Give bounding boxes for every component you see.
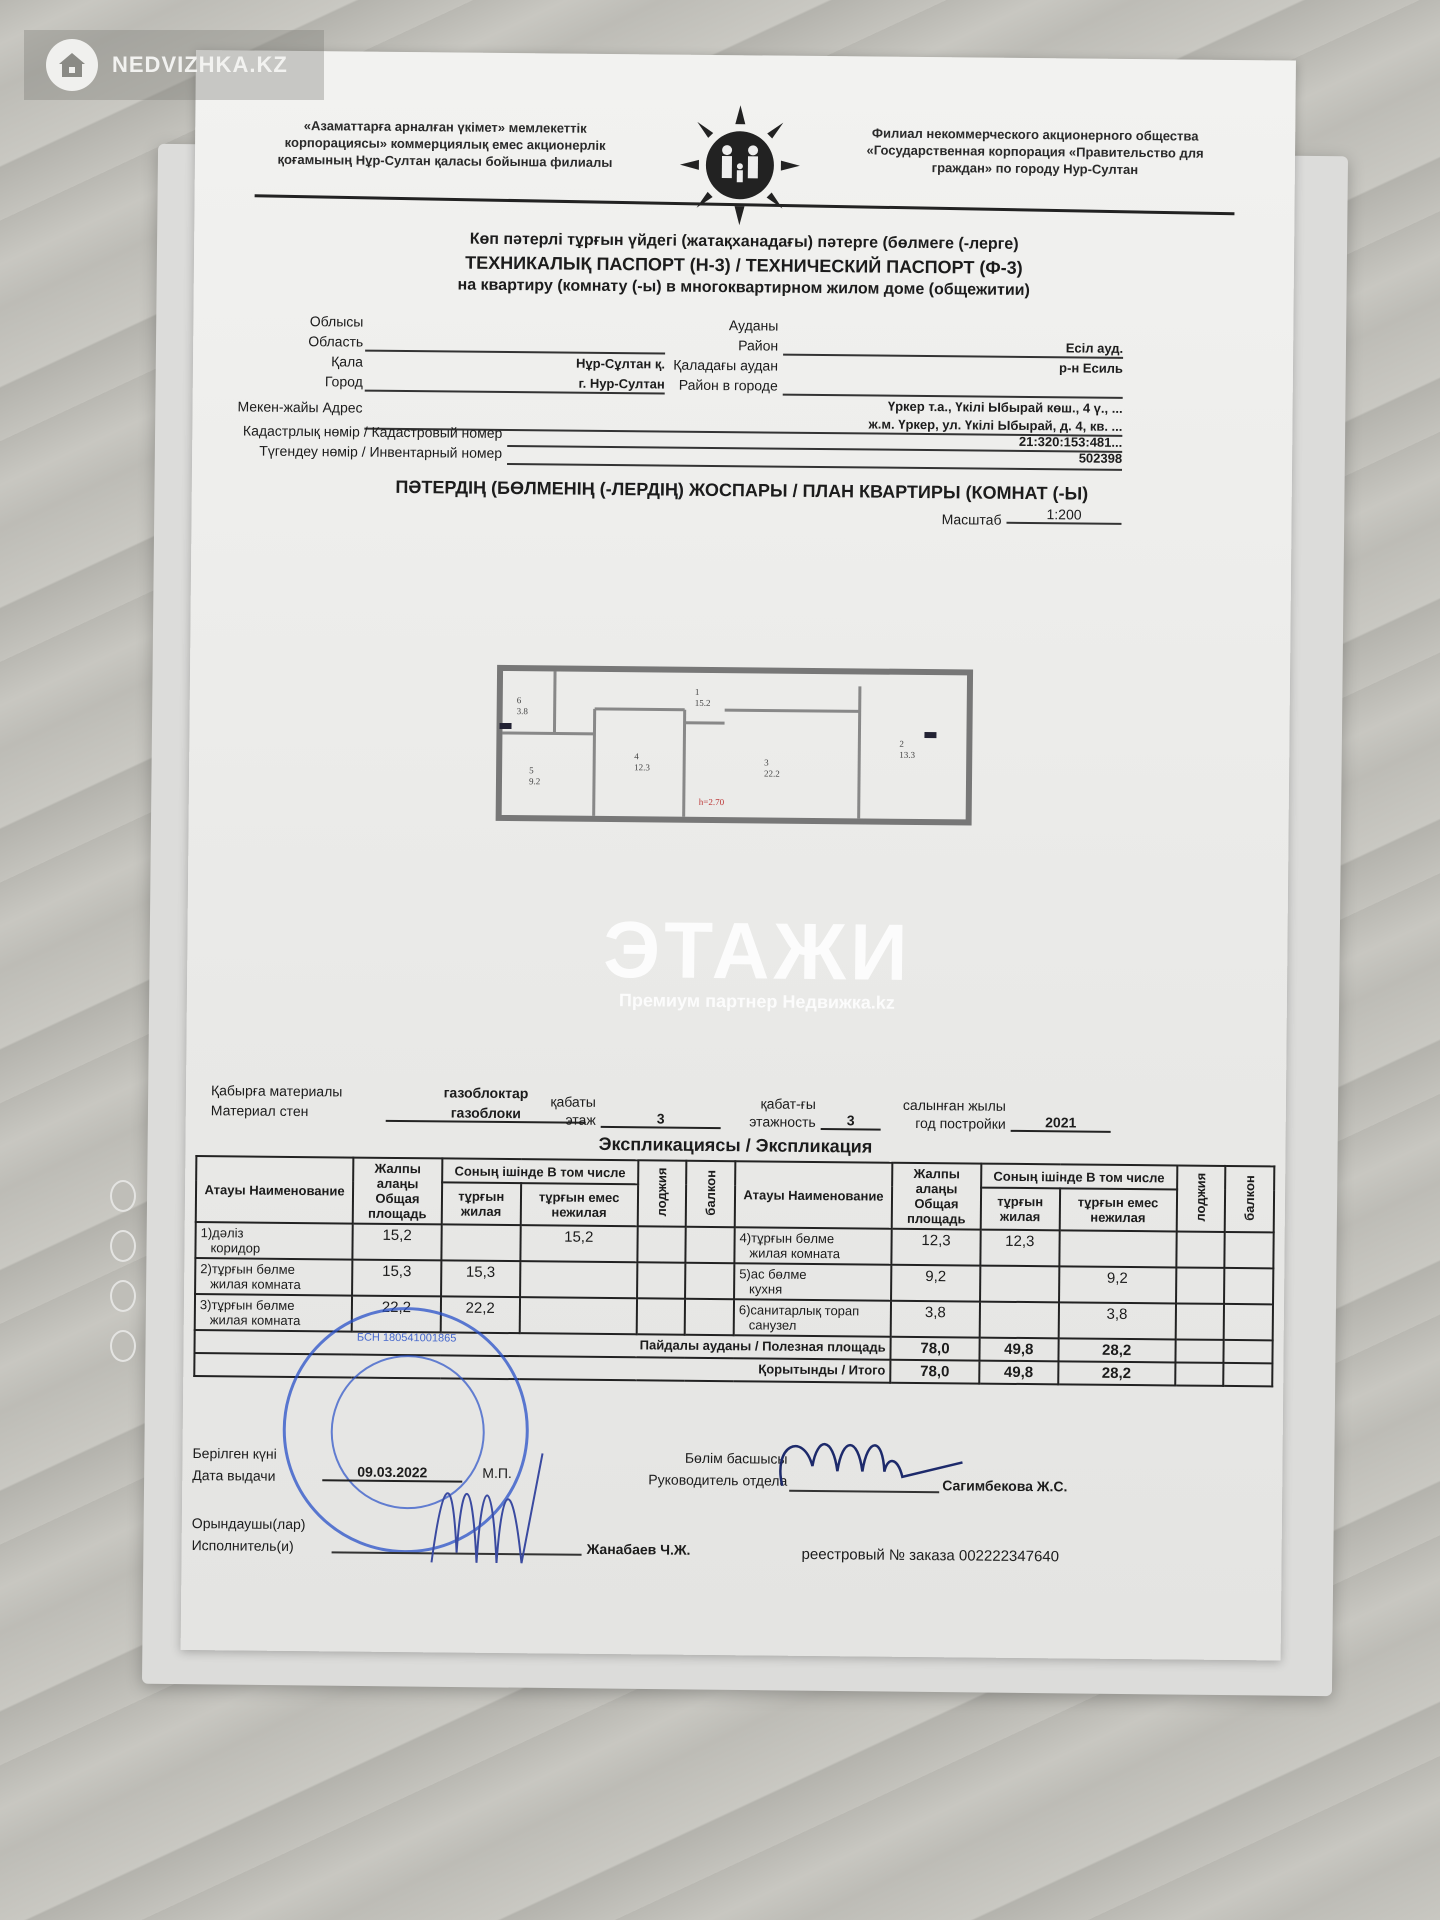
year-label-kz: салынған жылы [886,1097,1006,1114]
city-label-ru: Город [253,373,363,390]
plan-room-5: 59.2 [529,765,540,786]
floors-label-ru: этажность [706,1113,816,1130]
executor-name: Жанабаев Ч.Ж. [587,1541,691,1558]
executor-label-kz: Орындаушы(лар) [192,1515,306,1532]
col-incl-2: Соның ішінде В том числе [981,1164,1177,1190]
col-nonliving: тұрғын емес нежилая [520,1183,637,1226]
floors-label-kz: қабат-ғы [706,1095,816,1112]
cadastral-label: Кадастрлық нөмір / Кадастровый номер [202,422,502,441]
col-balcony: балкон [686,1161,735,1227]
city-value-kz: Нұр-Сұлтан қ. [365,354,665,372]
address-value-kz: Үркер т.а., Үкілі Ыбырай көш., 4 ү., ... [613,396,1123,416]
header-left-org: «Азаматтарға арналған үкімет» мемлекетті… [255,117,635,172]
punch-hole [110,1180,136,1212]
family-sun-logo-icon [674,100,805,231]
col-name-2: Атауы Наименование [735,1161,893,1229]
technical-passport-document: «Азаматтарға арналған үкімет» мемлекетті… [181,50,1296,1660]
punch-hole [110,1280,136,1312]
order-number: реестровый № заказа 002222347640 [802,1546,1060,1565]
col-living: тұрғын жилая [442,1183,521,1225]
city-district-label-ru: Район в городе [633,376,778,393]
executor-signature [411,1442,562,1583]
col-name: Атауы Наименование [196,1156,354,1224]
floor-label-ru: этаж [516,1111,596,1128]
col-total-2: Жалпы алаңы Общая площадь [892,1163,981,1230]
col-balcony-2: балкон [1225,1166,1274,1232]
wall-material-label-kz: Қабырға материалы [211,1082,343,1099]
city-label-kz: Қала [253,353,363,370]
address-label: Мекен-жайы Адрес [233,398,363,415]
oblast-label-kz: Облысы [253,313,363,330]
floor-value: 3 [601,1110,721,1129]
scale-value: 1:200 [1006,506,1121,525]
scale-label: Масштаб [891,511,1001,528]
floor-plan: 63.8 59.2 412.3 115.2 322.2 213.3 h=2.70 [494,663,976,828]
plan-title: ПӘТЕРДІҢ (БӨЛМЕНІҢ (-ЛЕРДІҢ) ЖОСПАРЫ / П… [192,475,1292,507]
year-label-ru: год постройки [886,1115,1006,1132]
plan-room-6: 63.8 [517,695,529,716]
wall-material-label-ru: Материал стен [211,1102,309,1119]
file-sleeve-holes [110,1180,136,1380]
plan-height: h=2.70 [699,797,725,807]
col-loggia-2: лоджия [1176,1165,1225,1231]
order-number-value: 002222347640 [959,1547,1059,1565]
col-nonliving-2: тұрғын емес нежилая [1059,1189,1176,1232]
header-right-org: Филиал некоммерческого акционерного обще… [835,124,1235,179]
issue-date-label-kz: Берілген күні [192,1445,276,1462]
col-total: Жалпы алаңы Общая площадь [353,1158,442,1225]
city-district-label-kz: Қаладағы аудан [633,356,778,373]
punch-hole [110,1230,136,1262]
raion-label-ru: Район [633,336,778,353]
house-icon [46,39,98,91]
executor-label-ru: Исполнитель(и) [192,1537,294,1554]
plan-room-3: 322.2 [764,757,780,778]
col-incl: Соның ішінде В том числе [442,1158,638,1184]
year-value: 2021 [1011,1114,1111,1133]
floor-label-kz: қабаты [516,1093,596,1110]
etazhi-watermark: ЭТАЖИ Премиум партнер Недвижка.kz [507,903,1008,1015]
col-loggia: лоджия [637,1160,686,1226]
raion-label-kz: Ауданы [633,316,778,333]
nedvizhka-watermark: NEDVIZHKA.KZ [24,30,324,100]
city-value-ru: г. Нур-Султан [365,374,665,392]
plan-room-2: 213.3 [899,739,915,760]
plan-room-4: 412.3 [634,751,650,772]
city-district-value: р-н Есиль [783,358,1123,376]
floors-value: 3 [821,1112,881,1131]
inventory-label: Түгендеу нөмір / Инвентарный номер [202,442,502,461]
head-signature [762,1426,983,1518]
oblast-label-ru: Область [253,333,363,350]
col-living-2: тұрғын жилая [981,1188,1060,1230]
issue-date-label-ru: Дата выдачи [192,1467,275,1484]
punch-hole [110,1330,136,1362]
plan-room-1: 115.2 [695,687,711,708]
